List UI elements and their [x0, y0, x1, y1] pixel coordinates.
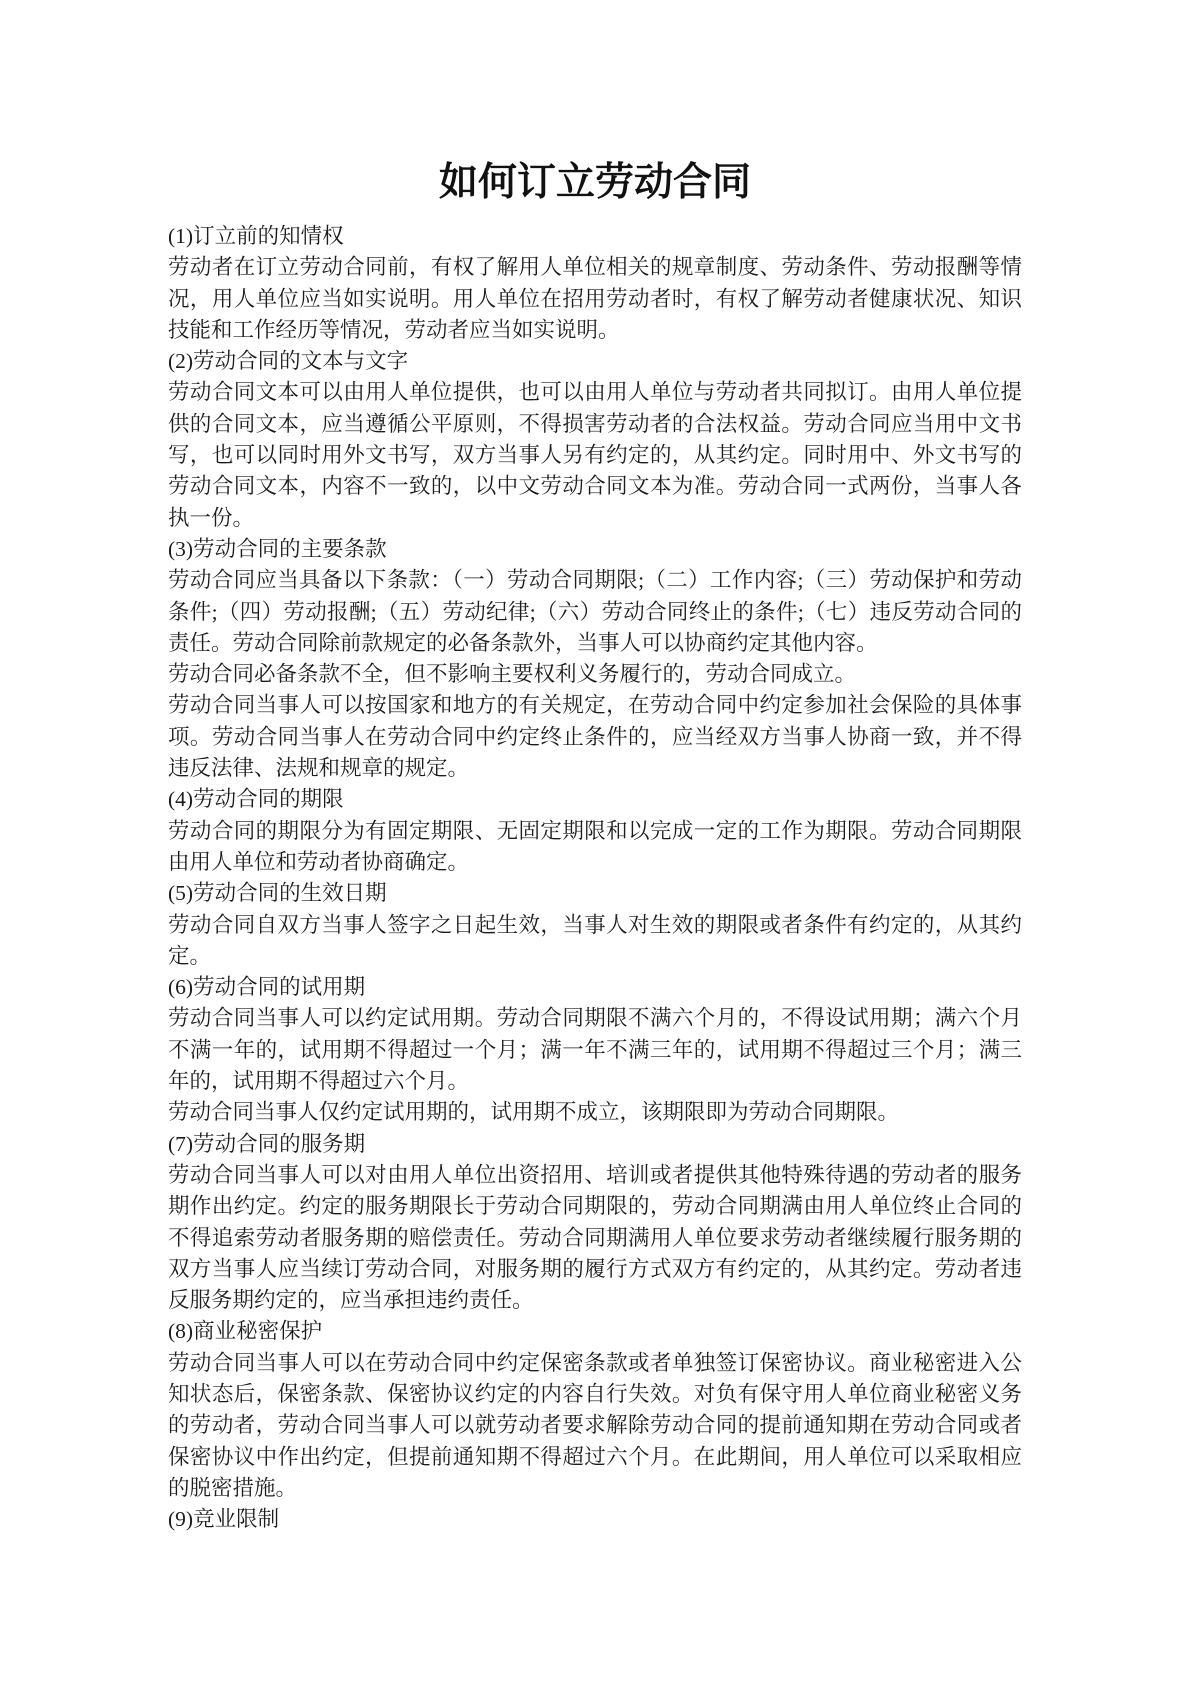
section-7: (7)劳动合同的服务期 劳动合同当事人可以对由用人单位出资招用、培训或者提供其他… — [168, 1129, 1022, 1317]
paragraph: 劳动合同文本可以由用人单位提供，也可以由用人单位与劳动者共同拟订。由用人单位提供… — [168, 377, 1022, 533]
section-6: (6)劳动合同的试用期 劳动合同当事人可以约定试用期。劳动合同期限不满六个月的，… — [168, 972, 1022, 1128]
section-heading: (7)劳动合同的服务期 — [168, 1129, 1022, 1160]
section-heading: (3)劳动合同的主要条款 — [168, 534, 1022, 565]
paragraph: 劳动合同当事人可以约定试用期。劳动合同期限不满六个月的，不得设试用期；满六个月不… — [168, 1003, 1022, 1097]
paragraph: 劳动合同的期限分为有固定期限、无固定期限和以完成一定的工作为期限。劳动合同期限由… — [168, 816, 1022, 879]
section-1: (1)订立前的知情权 劳动者在订立劳动合同前，有权了解用人单位相关的规章制度、劳… — [168, 221, 1022, 346]
section-5: (5)劳动合同的生效日期 劳动合同自双方当事人签字之日起生效，当事人对生效的期限… — [168, 878, 1022, 972]
section-9: (9)竞业限制 — [168, 1504, 1022, 1535]
paragraph: 劳动合同应当具备以下条款：（一）劳动合同期限;（二）工作内容;（三）劳动保护和劳… — [168, 565, 1022, 659]
section-2: (2)劳动合同的文本与文字 劳动合同文本可以由用人单位提供，也可以由用人单位与劳… — [168, 346, 1022, 534]
paragraph: 劳动合同必备条款不全，但不影响主要权利义务履行的，劳动合同成立。 — [168, 659, 1022, 690]
paragraph: 劳动者在订立劳动合同前，有权了解用人单位相关的规章制度、劳动条件、劳动报酬等情况… — [168, 252, 1022, 346]
section-heading: (9)竞业限制 — [168, 1504, 1022, 1535]
paragraph: 劳动合同自双方当事人签字之日起生效，当事人对生效的期限或者条件有约定的，从其约定… — [168, 910, 1022, 973]
section-heading: (1)订立前的知情权 — [168, 221, 1022, 252]
document-title: 如何订立劳动合同 — [0, 0, 1190, 212]
section-heading: (2)劳动合同的文本与文字 — [168, 346, 1022, 377]
section-heading: (5)劳动合同的生效日期 — [168, 878, 1022, 909]
document-page: 如何订立劳动合同 (1)订立前的知情权 劳动者在订立劳动合同前，有权了解用人单位… — [0, 0, 1190, 1683]
section-heading: (8)商业秘密保护 — [168, 1316, 1022, 1347]
section-heading: (4)劳动合同的期限 — [168, 784, 1022, 815]
paragraph: 劳动合同当事人可以对由用人单位出资招用、培训或者提供其他特殊待遇的劳动者的服务期… — [168, 1160, 1022, 1316]
document-body: (1)订立前的知情权 劳动者在订立劳动合同前，有权了解用人单位相关的规章制度、劳… — [168, 221, 1022, 1535]
paragraph: 劳动合同当事人可以在劳动合同中约定保密条款或者单独签订保密协议。商业秘密进入公知… — [168, 1348, 1022, 1504]
section-heading: (6)劳动合同的试用期 — [168, 972, 1022, 1003]
section-3: (3)劳动合同的主要条款 劳动合同应当具备以下条款：（一）劳动合同期限;（二）工… — [168, 534, 1022, 784]
paragraph: 劳动合同当事人仅约定试用期的，试用期不成立，该期限即为劳动合同期限。 — [168, 1097, 1022, 1128]
section-8: (8)商业秘密保护 劳动合同当事人可以在劳动合同中约定保密条款或者单独签订保密协… — [168, 1316, 1022, 1504]
section-4: (4)劳动合同的期限 劳动合同的期限分为有固定期限、无固定期限和以完成一定的工作… — [168, 784, 1022, 878]
paragraph: 劳动合同当事人可以按国家和地方的有关规定，在劳动合同中约定参加社会保险的具体事项… — [168, 690, 1022, 784]
